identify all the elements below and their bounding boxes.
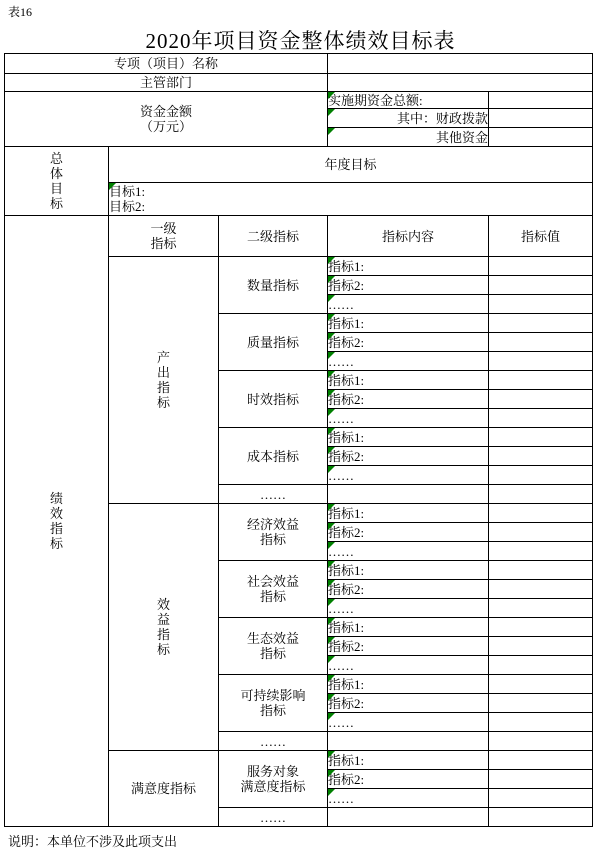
indicator-value-cell[interactable] <box>489 295 593 314</box>
fund-fiscal-value[interactable] <box>489 109 593 128</box>
project-name-label: 专项（项目）名称 <box>5 54 328 74</box>
header-value: 指标值 <box>489 216 593 257</box>
annual-goal-content[interactable]: 目标1: 目标2: <box>109 183 593 216</box>
indicator-value-cell[interactable] <box>489 485 593 504</box>
document-page: 表16 2020年项目资金整体绩效目标表 专项（项目）名称 主管部门 资金金额 … <box>0 0 601 854</box>
level2-timeliness: 时效指标 <box>219 371 328 428</box>
level2-sustainable: 可持续影响 指标 <box>219 675 328 732</box>
page-title: 2020年项目资金整体绩效目标表 <box>0 25 601 55</box>
indicator-value-cell[interactable] <box>489 333 593 352</box>
performance-indicator-label: 绩 效 指 标 <box>5 216 109 827</box>
indicator-value-cell[interactable] <box>489 732 593 751</box>
indicator-content-cell[interactable]: …… <box>328 789 489 808</box>
indicator-value-cell[interactable] <box>489 390 593 409</box>
performance-target-table: 专项（项目）名称 主管部门 资金金额 （万元） 实施期资金总额: 其中：财政拨款… <box>4 53 593 827</box>
indicator-content-cell[interactable]: …… <box>328 713 489 732</box>
department-value[interactable] <box>328 74 593 92</box>
indicator-value-cell[interactable] <box>489 542 593 561</box>
indicator-value-cell[interactable] <box>489 257 593 276</box>
indicator-content-cell[interactable]: 指标2: <box>328 523 489 542</box>
level1-output: 产 出 指 标 <box>109 257 219 504</box>
indicator-value-cell[interactable] <box>489 637 593 656</box>
indicator-content-cell[interactable]: …… <box>328 409 489 428</box>
level1-satisfaction: 满意度指标 <box>109 751 219 827</box>
indicator-value-cell[interactable] <box>489 580 593 599</box>
table-row: 专项（项目）名称 <box>5 54 593 74</box>
indicator-content-cell[interactable]: 指标1: <box>328 561 489 580</box>
indicator-content-cell[interactable]: 指标2: <box>328 580 489 599</box>
fund-fiscal-label: 其中：财政拨款 <box>328 109 489 128</box>
indicator-content-cell[interactable]: …… <box>328 295 489 314</box>
indicator-content-cell[interactable]: 指标1: <box>328 618 489 637</box>
indicator-content-cell[interactable]: 指标1: <box>328 314 489 333</box>
indicator-value-cell[interactable] <box>489 409 593 428</box>
indicator-value-cell[interactable] <box>489 523 593 542</box>
indicator-value-cell[interactable] <box>489 447 593 466</box>
table-row: 资金金额 （万元） 实施期资金总额: <box>5 92 593 109</box>
indicator-value-cell[interactable] <box>489 808 593 827</box>
table-number: 表16 <box>8 3 32 20</box>
indicator-value-cell[interactable] <box>489 789 593 808</box>
annual-goal-header: 年度目标 <box>109 147 593 183</box>
indicator-value-cell[interactable] <box>489 561 593 580</box>
indicator-value-cell[interactable] <box>489 713 593 732</box>
level2-more: …… <box>219 732 328 751</box>
indicator-value-cell[interactable] <box>489 466 593 485</box>
indicator-value-cell[interactable] <box>489 618 593 637</box>
fund-total-value[interactable] <box>489 92 593 109</box>
indicator-value-cell[interactable] <box>489 314 593 333</box>
indicator-content-cell[interactable]: 指标1: <box>328 751 489 770</box>
indicator-value-cell[interactable] <box>489 770 593 789</box>
indicator-content-cell[interactable]: 指标2: <box>328 637 489 656</box>
indicator-value-cell[interactable] <box>489 675 593 694</box>
indicator-content-cell[interactable]: 指标1: <box>328 675 489 694</box>
level2-cost: 成本指标 <box>219 428 328 485</box>
indicator-content-cell[interactable] <box>328 732 489 751</box>
indicator-content-cell[interactable]: 指标1: <box>328 371 489 390</box>
header-level1: 一级 指标 <box>109 216 219 257</box>
indicator-content-cell[interactable]: 指标2: <box>328 390 489 409</box>
level2-quality: 质量指标 <box>219 314 328 371</box>
indicator-value-cell[interactable] <box>489 428 593 447</box>
fund-total-label: 实施期资金总额: <box>328 92 489 109</box>
indicator-value-cell[interactable] <box>489 504 593 523</box>
indicator-value-cell[interactable] <box>489 371 593 390</box>
indicator-content-cell[interactable]: 指标2: <box>328 447 489 466</box>
indicator-content-cell[interactable]: …… <box>328 352 489 371</box>
indicator-content-cell[interactable]: 指标2: <box>328 770 489 789</box>
indicator-value-cell[interactable] <box>489 599 593 618</box>
indicator-content-cell[interactable]: 指标2: <box>328 333 489 352</box>
header-level2: 二级指标 <box>219 216 328 257</box>
indicator-content-cell[interactable]: …… <box>328 542 489 561</box>
indicator-value-cell[interactable] <box>489 276 593 295</box>
fund-other-label: 其他资金 <box>328 128 489 147</box>
level2-more: …… <box>219 485 328 504</box>
indicator-content-cell[interactable]: 指标2: <box>328 694 489 713</box>
indicator-content-cell[interactable] <box>328 485 489 504</box>
level2-ecological: 生态效益 指标 <box>219 618 328 675</box>
indicator-content-cell[interactable] <box>328 808 489 827</box>
department-label: 主管部门 <box>5 74 328 92</box>
indicator-value-cell[interactable] <box>489 352 593 371</box>
level2-more: …… <box>219 808 328 827</box>
table-row: 总 体 目 标 年度目标 <box>5 147 593 183</box>
table-row: 绩 效 指 标 一级 指标 二级指标 指标内容 指标值 <box>5 216 593 257</box>
level2-economic: 经济效益 指标 <box>219 504 328 561</box>
level2-quantity: 数量指标 <box>219 257 328 314</box>
level1-benefit: 效 益 指 标 <box>109 504 219 751</box>
fund-other-value[interactable] <box>489 128 593 147</box>
indicator-value-cell[interactable] <box>489 656 593 675</box>
header-content: 指标内容 <box>328 216 489 257</box>
table-row: 主管部门 <box>5 74 593 92</box>
indicator-content-cell[interactable]: …… <box>328 656 489 675</box>
indicator-value-cell[interactable] <box>489 751 593 770</box>
level2-social: 社会效益 指标 <box>219 561 328 618</box>
fund-amount-label: 资金金额 （万元） <box>5 92 328 147</box>
overall-goal-label: 总 体 目 标 <box>5 147 109 216</box>
indicator-value-cell[interactable] <box>489 694 593 713</box>
indicator-content-cell[interactable]: …… <box>328 599 489 618</box>
level2-service-satisfaction: 服务对象 满意度指标 <box>219 751 328 808</box>
indicator-content-cell[interactable]: …… <box>328 466 489 485</box>
note-text: 说明：本单位不涉及此项支出 <box>8 831 177 850</box>
indicator-content-cell[interactable]: 指标1: <box>328 257 489 276</box>
project-name-value[interactable] <box>328 54 593 74</box>
indicator-content-cell[interactable]: 指标1: <box>328 504 489 523</box>
indicator-content-cell[interactable]: 指标2: <box>328 276 489 295</box>
indicator-content-cell[interactable]: 指标1: <box>328 428 489 447</box>
